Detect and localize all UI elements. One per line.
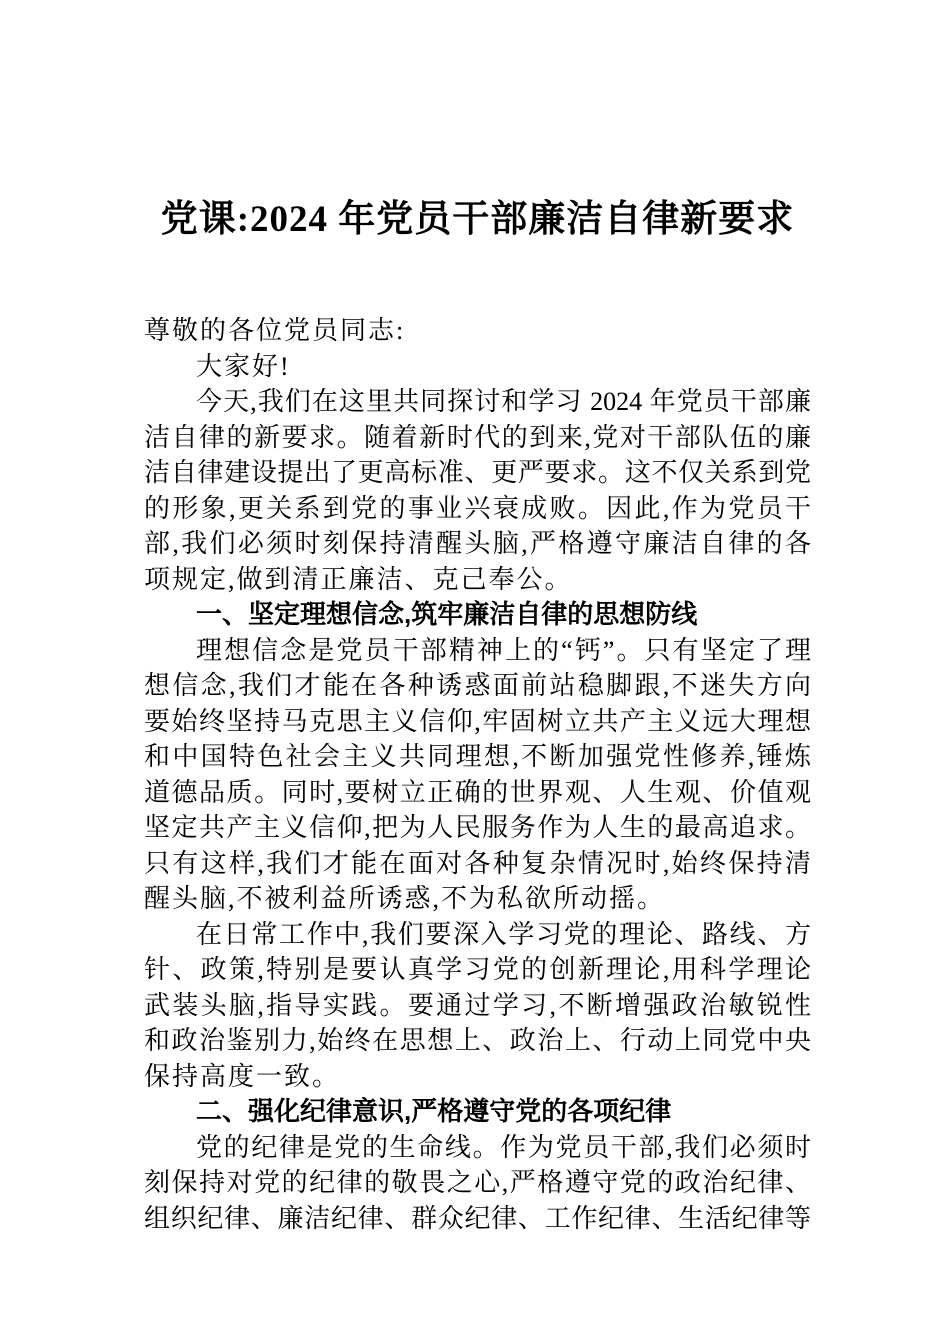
text-line: 洁自律建设提出了更高标准、更严要求。这不仅关系到党 [144,455,811,491]
text-line: 大家好! [144,349,811,385]
text-line: 在日常工作中,我们要深入学习党的理论、路线、方 [144,917,811,953]
text-line: 尊敬的各位党员同志: [144,313,811,349]
text-line: 和政治鉴别力,始终在思想上、政治上、行动上同党中央 [144,1023,811,1059]
section-heading: 二、强化纪律意识,严格遵守党的各项纪律 [144,1094,811,1130]
text-line: 部,我们必须时刻保持清醒头脑,严格遵守廉洁自律的各 [144,526,811,562]
text-line: 党的纪律是党的生命线。作为党员干部,我们必须时 [144,1130,811,1166]
text-line: 只有这样,我们才能在面对各种复杂情况时,始终保持清 [144,846,811,882]
text-line: 道德品质。同时,要树立正确的世界观、人生观、价值观 [144,775,811,811]
text-line: 今天,我们在这里共同探讨和学习 2024 年党员干部廉 [144,384,811,420]
text-line: 的形象,更关系到党的事业兴衰成败。因此,作为党员干 [144,491,811,527]
text-line: 要始终坚持马克思主义信仰,牢固树立共产主义远大理想 [144,704,811,740]
document-page: 党课:2024 年党员干部廉洁自律新要求 尊敬的各位党员同志:大家好!今天,我们… [0,0,950,1344]
text-line: 武装头脑,指导实践。要通过学习,不断增强政治敏锐性 [144,988,811,1024]
text-line: 针、政策,特别是要认真学习党的创新理论,用科学理论 [144,952,811,988]
text-line: 洁自律的新要求。随着新时代的到来,党对干部队伍的廉 [144,420,811,456]
text-line: 项规定,做到清正廉洁、克己奉公。 [144,562,811,598]
section-heading: 一、坚定理想信念,筑牢廉洁自律的思想防线 [144,597,811,633]
text-line: 刻保持对党的纪律的敬畏之心,严格遵守党的政治纪律、 [144,1165,811,1201]
document-title: 党课:2024 年党员干部廉洁自律新要求 [144,195,811,245]
text-line: 和中国特色社会主义共同理想,不断加强党性修养,锤炼 [144,739,811,775]
text-line: 醒头脑,不被利益所诱惑,不为私欲所动摇。 [144,881,811,917]
text-line: 想信念,我们才能在各种诱惑面前站稳脚跟,不迷失方向 [144,668,811,704]
document-body: 尊敬的各位党员同志:大家好!今天,我们在这里共同探讨和学习 2024 年党员干部… [144,313,811,1236]
text-line: 坚定共产主义信仰,把为人民服务作为人生的最高追求。 [144,810,811,846]
text-line: 组织纪律、廉洁纪律、群众纪律、工作纪律、生活纪律等 [144,1201,811,1237]
text-line: 保持高度一致。 [144,1059,811,1095]
text-line: 理想信念是党员干部精神上的“钙”。只有坚定了理 [144,633,811,669]
